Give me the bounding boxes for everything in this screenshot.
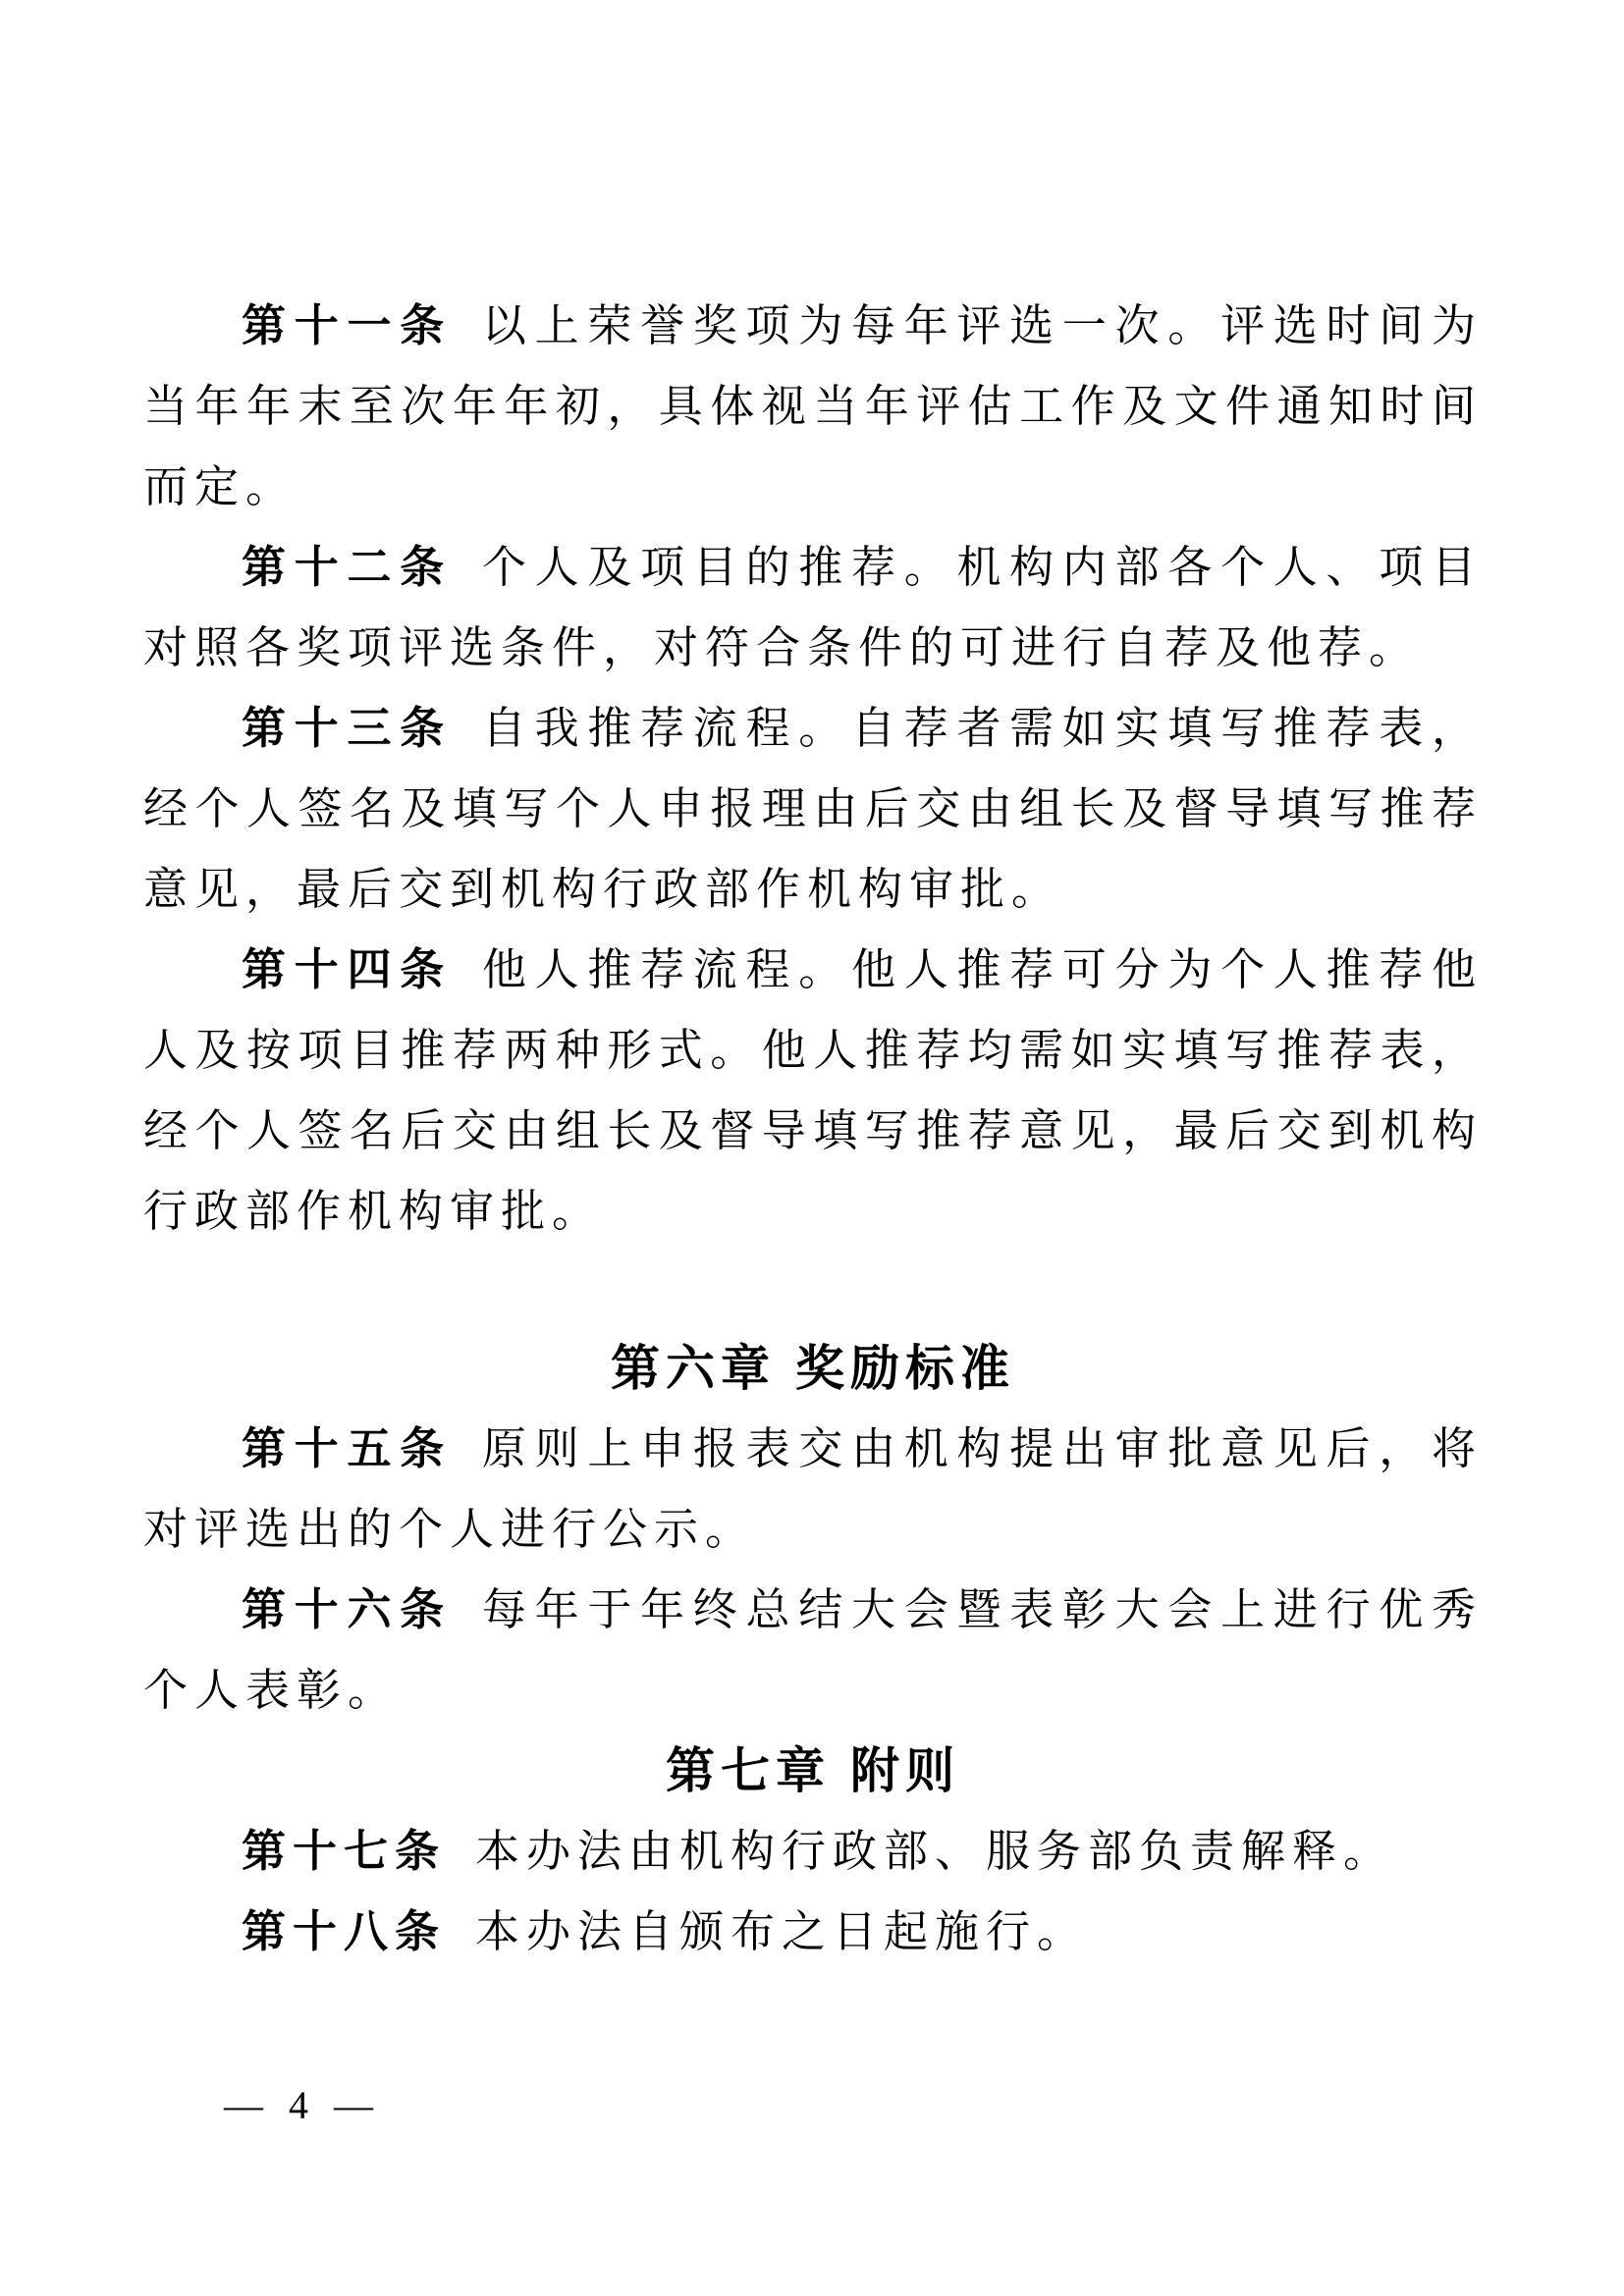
article-number-label: 第十三条 xyxy=(242,703,453,753)
article-paragraph: 第十七条本办法由机构行政部、服务部负责解释。 xyxy=(143,1811,1483,1892)
chapter-heading: 第六章 奖励标准 xyxy=(143,1328,1483,1409)
article-number-label: 第十五条 xyxy=(242,1423,453,1473)
chapter-heading: 第七章 附则 xyxy=(143,1731,1483,1811)
article-paragraph: 第十一条以上荣誉奖项为每年评选一次。评选时间为当年年末至次年年初，具体视当年评估… xyxy=(143,286,1483,527)
article-paragraph: 第十二条个人及项目的推荐。机构内部各个人、项目对照各奖项评选条件，对符合条件的可… xyxy=(143,527,1483,688)
article-number-label: 第十二条 xyxy=(242,542,453,592)
article-paragraph: 第十四条他人推荐流程。他人推荐可分为个人推荐他人及按项目推荐两种形式。他人推荐均… xyxy=(143,930,1483,1252)
article-paragraph: 第十三条自我推荐流程。自荐者需如实填写推荐表，经个人签名及填写个人申报理由后交由… xyxy=(143,688,1483,930)
document-content: 第十一条以上荣誉奖项为每年评选一次。评选时间为当年年末至次年年初，具体视当年评估… xyxy=(143,286,1483,1972)
article-number-label: 第十八条 xyxy=(242,1906,446,1956)
page-number: — 4 — xyxy=(224,2083,381,2127)
article-paragraph: 第十六条每年于年终总结大会暨表彰大会上进行优秀个人表彰。 xyxy=(143,1570,1483,1731)
article-number-label: 第十七条 xyxy=(242,1826,446,1876)
article-number-label: 第十六条 xyxy=(242,1584,453,1634)
article-text: 本办法由机构行政部、服务部负责解释。 xyxy=(475,1827,1394,1876)
page-footer: — 4 — xyxy=(224,2083,381,2128)
article-paragraph: 第十八条本办法自颁布之日起施行。 xyxy=(143,1892,1483,1972)
document-page: 第十一条以上荣誉奖项为每年评选一次。评选时间为当年年末至次年年初，具体视当年评估… xyxy=(0,0,1624,2296)
article-number-label: 第十四条 xyxy=(242,944,453,994)
article-paragraph: 第十五条原则上申报表交由机构提出审批意见后，将对评选出的个人进行公示。 xyxy=(143,1409,1483,1570)
article-number-label: 第十一条 xyxy=(242,300,453,350)
article-text: 本办法自颁布之日起施行。 xyxy=(475,1907,1088,1956)
